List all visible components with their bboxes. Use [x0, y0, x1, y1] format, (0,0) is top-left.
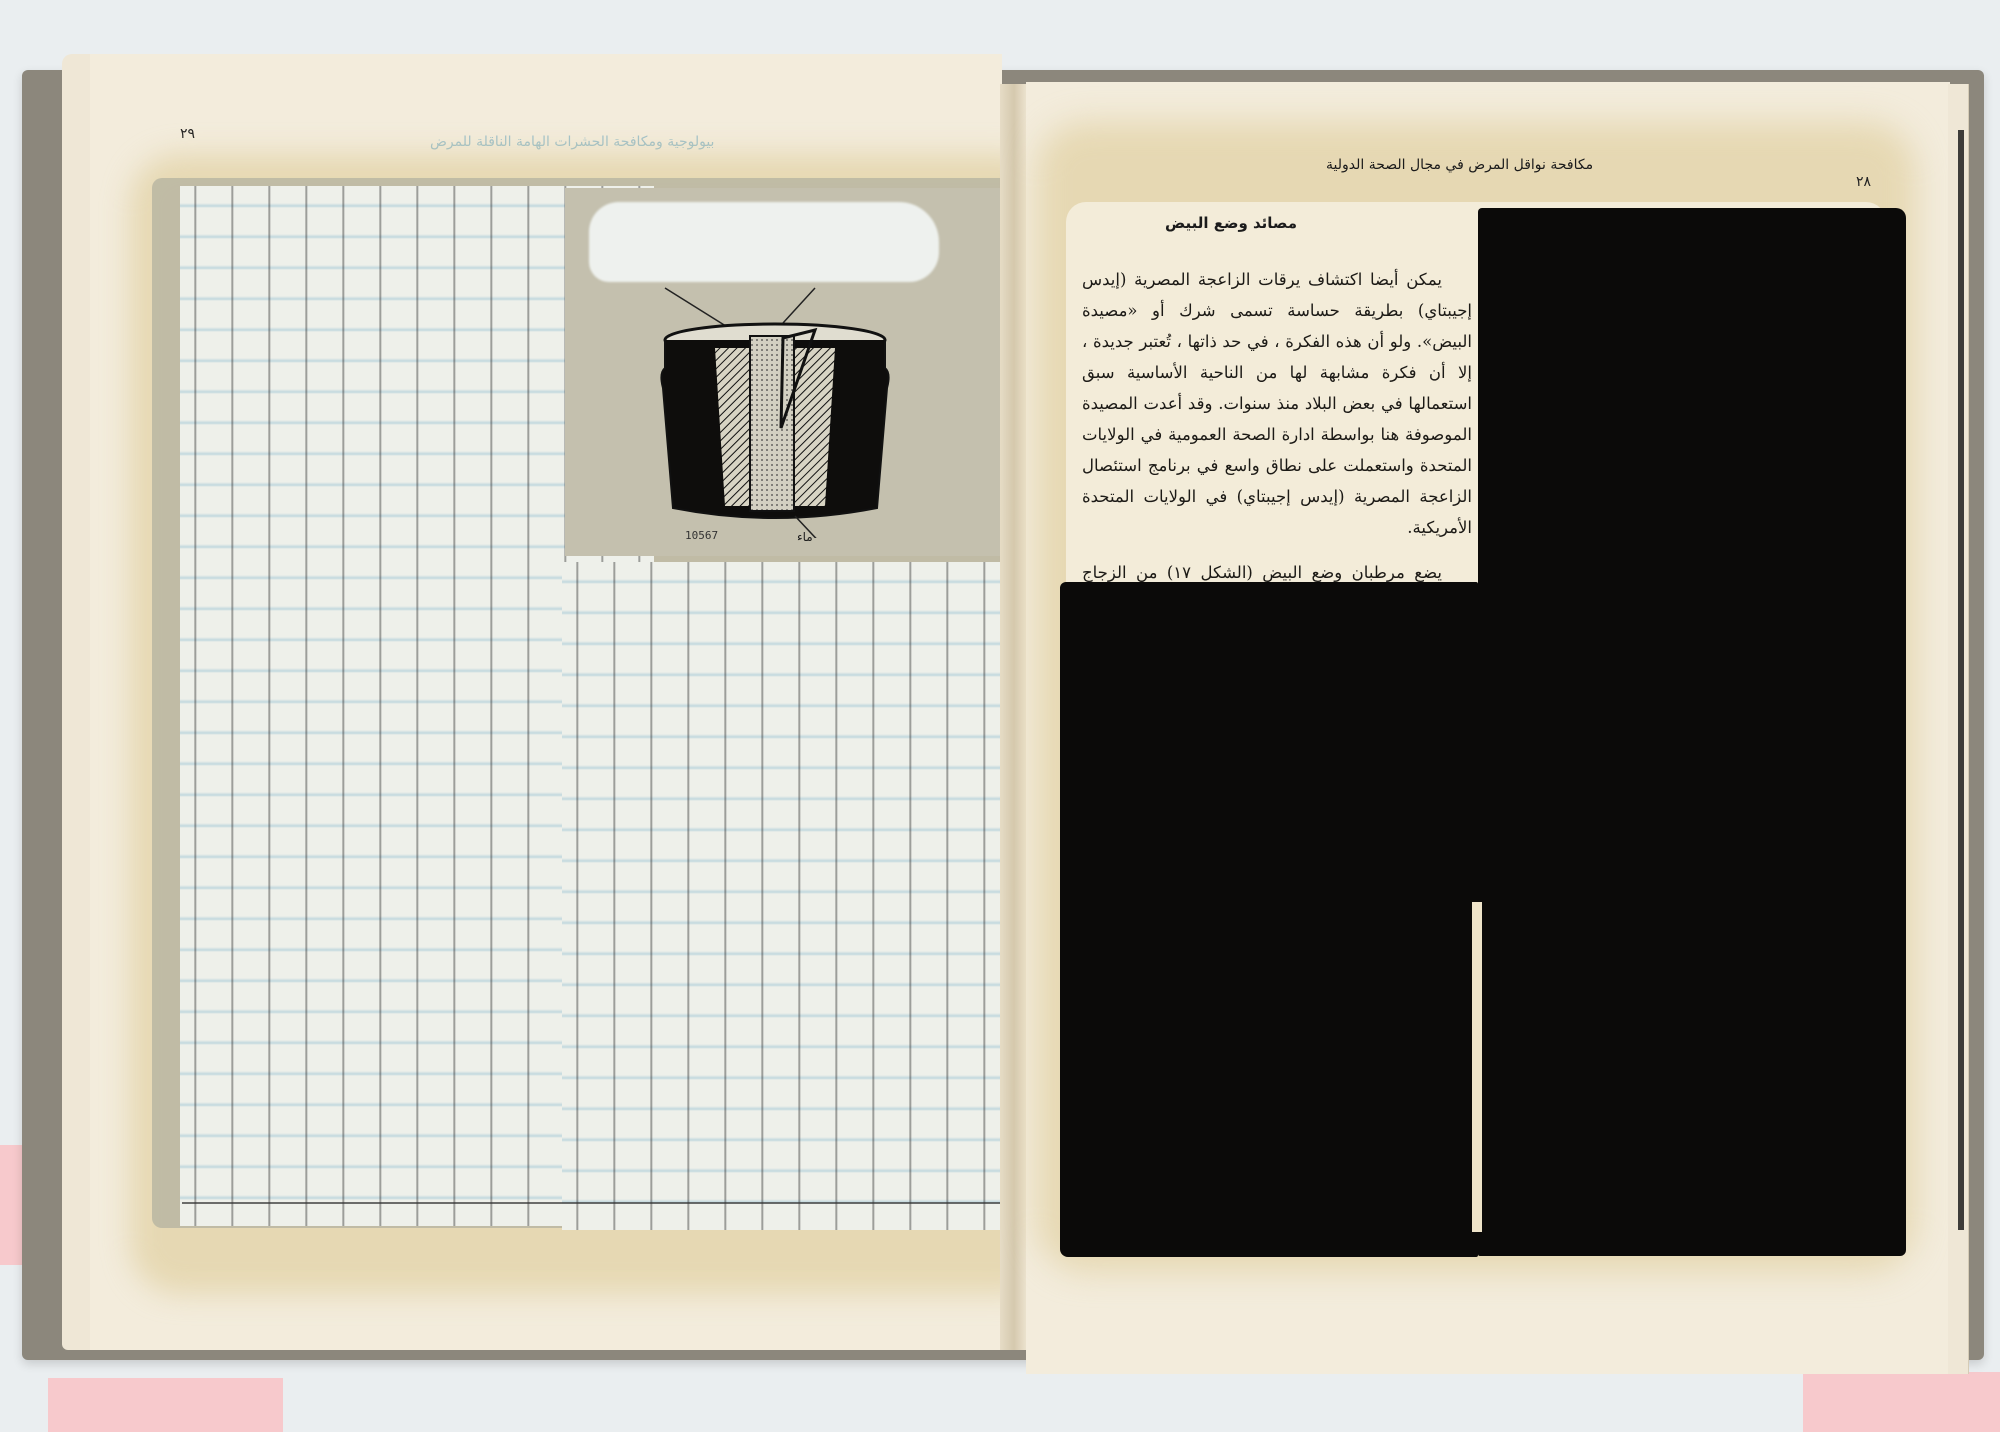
sticky-note-bottom-right — [1803, 1372, 2000, 1432]
egg-trap-jar-illustration — [645, 278, 905, 538]
black-painted-block-tall — [1478, 208, 1906, 1256]
figure-stamp-number: 10567 — [685, 529, 718, 542]
page-number: ٢٨ — [1856, 174, 1871, 190]
right-page: ٢٨ مكافحة نواقل المرض في مجال الصحة الدو… — [1026, 82, 1950, 1374]
section-title: مصائد وضع البيض — [1086, 214, 1376, 232]
paragraph-1: يمكن أيضا اكتشاف يرقات الزاعجة المصرية (… — [1082, 264, 1472, 543]
sticky-note-bottom-left — [48, 1378, 283, 1432]
page-number: ٢٩ — [180, 126, 195, 142]
paint-gap-sliver — [1472, 902, 1482, 1232]
left-page: ٢٩ بيولوجية ومكافحة الحشرات الهامة الناق… — [90, 54, 1002, 1350]
running-head: بيولوجية ومكافحة الحشرات الهامة الناقلة … — [430, 134, 714, 150]
figure-panel: ماء 10567 — [565, 188, 1018, 556]
book-gutter — [1000, 84, 1028, 1350]
running-head: مكافحة نواقل المرض في مجال الصحة الدولية — [1326, 157, 1593, 173]
ruled-line — [182, 1202, 1018, 1204]
figure-label-water: ماء — [797, 530, 813, 544]
white-painted-area-lower-right — [562, 562, 1018, 1230]
left-page-stack — [62, 54, 93, 1350]
black-painted-block-lower — [1060, 582, 1478, 1257]
right-page-stack-paint — [1958, 130, 1964, 1230]
white-paint-smear — [589, 202, 939, 282]
